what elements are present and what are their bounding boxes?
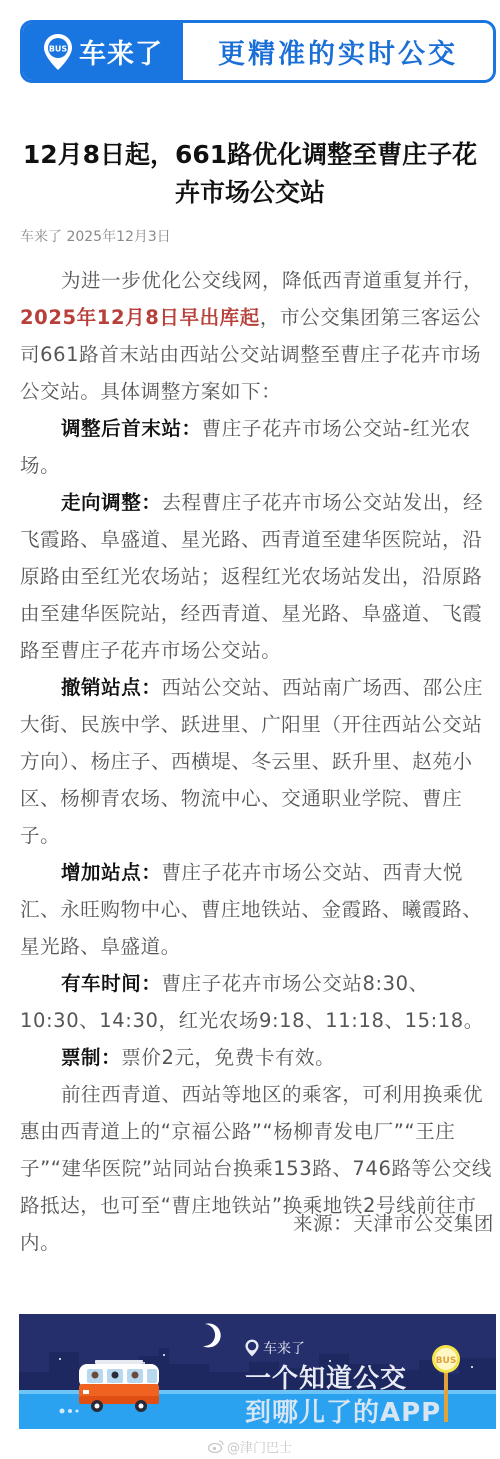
bus-illustration-icon <box>77 1360 163 1416</box>
article-date: 2025年12月3日 <box>66 229 170 245</box>
bus-pin-logo-icon <box>245 1339 259 1357</box>
bus-stop-sign-icon: BUS <box>430 1344 462 1424</box>
motion-dots-icon <box>59 1408 81 1414</box>
app-promo-banner[interactable]: 车来了 一个知道公交 到哪儿了的APP BUS <box>19 1314 496 1429</box>
article-meta: 车来了 2025年12月3日 <box>20 226 171 246</box>
slogan-block: 更精准的实时公交 <box>183 23 493 80</box>
article-author: 车来了 <box>20 229 62 245</box>
banner-tagline-2: 到哪儿了的APP <box>245 1392 441 1429</box>
section-route: 走向调整：去程曹庄子花卉市场公交站发出，经飞霞路、阜盛道、星光路、西青道至建华医… <box>20 484 494 669</box>
weibo-watermark: @津门巴士 <box>208 1437 292 1456</box>
banner-brand: 车来了 <box>263 1338 305 1358</box>
section-label: 增加站点： <box>61 861 162 884</box>
banner-tagline-1: 一个知道公交 <box>245 1358 407 1395</box>
section-label: 有车时间： <box>61 972 162 995</box>
watermark-text: @津门巴士 <box>227 1437 292 1456</box>
bus-pin-logo-icon: BUS <box>43 33 73 71</box>
section-text: 去程曹庄子花卉市场公交站发出，经飞霞路、阜盛道、星光路、西青道至建华医院站，沿原… <box>20 491 483 662</box>
header-banner: BUS 车来了 更精准的实时公交 <box>20 20 496 83</box>
section-label: 票制： <box>61 1046 121 1069</box>
moon-icon <box>199 1322 221 1348</box>
brand-name: 车来了 <box>79 32 163 71</box>
section-added-stops: 增加站点：曹庄子花卉市场公交站、西青大悦汇、永旺购物中心、曹庄地铁站、金霞路、曦… <box>20 854 494 965</box>
article-source: 来源：天津市公交集团 <box>293 1208 494 1236</box>
brand-block: BUS 车来了 <box>23 23 183 80</box>
section-removed-stops: 撤销站点：西站公交站、西站南广场西、邵公庄大街、民族中学、跃进里、广阳里（开往西… <box>20 669 494 854</box>
section-fare: 票制：票价2元，免费卡有效。 <box>20 1039 494 1076</box>
section-schedule: 有车时间：曹庄子花卉市场公交站8:30、10:30、14:30，红光农场9:18… <box>20 965 494 1039</box>
section-label: 走向调整： <box>61 491 162 514</box>
section-text: 西站公交站、西站南广场西、邵公庄大街、民族中学、跃进里、广阳里（开往西站公交站方… <box>20 676 483 847</box>
effective-date-highlight: 2025年12月8日早出库起 <box>20 306 260 329</box>
article-body: 为进一步优化公交线网，降低西青道重复并行，2025年12月8日早出库起，市公交集… <box>20 262 494 1261</box>
banner-logo: 车来了 <box>245 1338 305 1358</box>
section-label: 调整后首末站： <box>61 417 202 440</box>
section-label: 撤销站点： <box>61 676 162 699</box>
article-title: 12月8日起，661路优化调整至曹庄子花卉市场公交站 <box>20 136 480 212</box>
intro-paragraph: 为进一步优化公交线网，降低西青道重复并行，2025年12月8日早出库起，市公交集… <box>20 262 494 410</box>
svg-text:BUS: BUS <box>436 1356 457 1366</box>
section-terminals: 调整后首末站：曹庄子花卉市场公交站-红光农场。 <box>20 410 494 484</box>
slogan: 更精准的实时公交 <box>218 32 458 71</box>
section-text: 票价2元，免费卡有效。 <box>121 1046 335 1069</box>
svg-text:BUS: BUS <box>49 44 68 53</box>
weibo-icon <box>208 1440 224 1453</box>
